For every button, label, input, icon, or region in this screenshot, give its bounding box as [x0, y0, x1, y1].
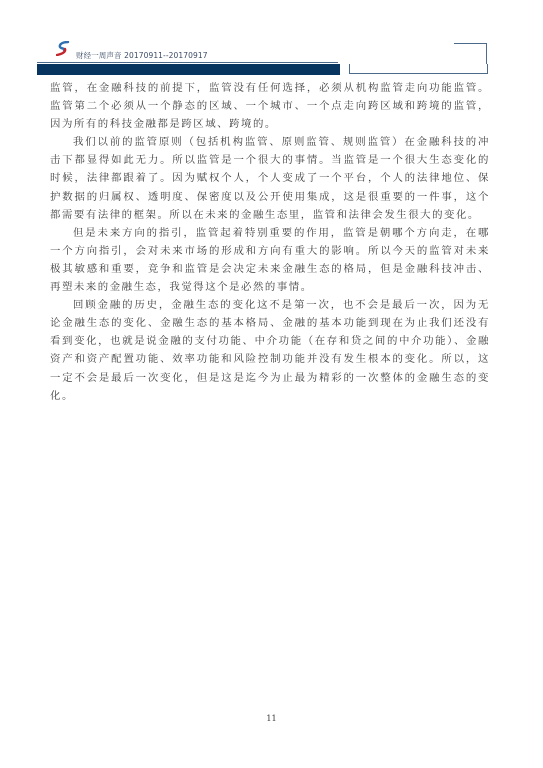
- header-title: 财经一周声音 20170911--20170917: [76, 50, 208, 61]
- brand-s-logo-icon: [56, 41, 70, 56]
- header-bracket-decoration-box: [349, 64, 488, 74]
- header-bracket-decoration-top: [454, 43, 487, 64]
- paragraph-2: 我们以前的监管原则（包括机构监管、原则监管、规则监管）在金融科技的冲击下都显得如…: [50, 133, 490, 223]
- paragraph-3: 但是未来方向的指引，监管起着特别重要的作用，监管是朝哪个方向走，在哪一个方向指引…: [50, 224, 490, 296]
- page-number: 11: [0, 714, 543, 723]
- paragraph-1: 监管，在金融科技的前提下，监管没有任何选择，必须从机构监管走向功能监管。监管第二…: [50, 79, 490, 133]
- header-rule-divider: [37, 62, 338, 63]
- header-dark-bar: [37, 64, 340, 75]
- document-body: 监管，在金融科技的前提下，监管没有任何选择，必须从机构监管走向功能监管。监管第二…: [50, 79, 490, 405]
- paragraph-4: 回顾金融的历史，金融生态的变化这不是第一次，也不会是最后一次，因为无论金融生态的…: [50, 296, 490, 405]
